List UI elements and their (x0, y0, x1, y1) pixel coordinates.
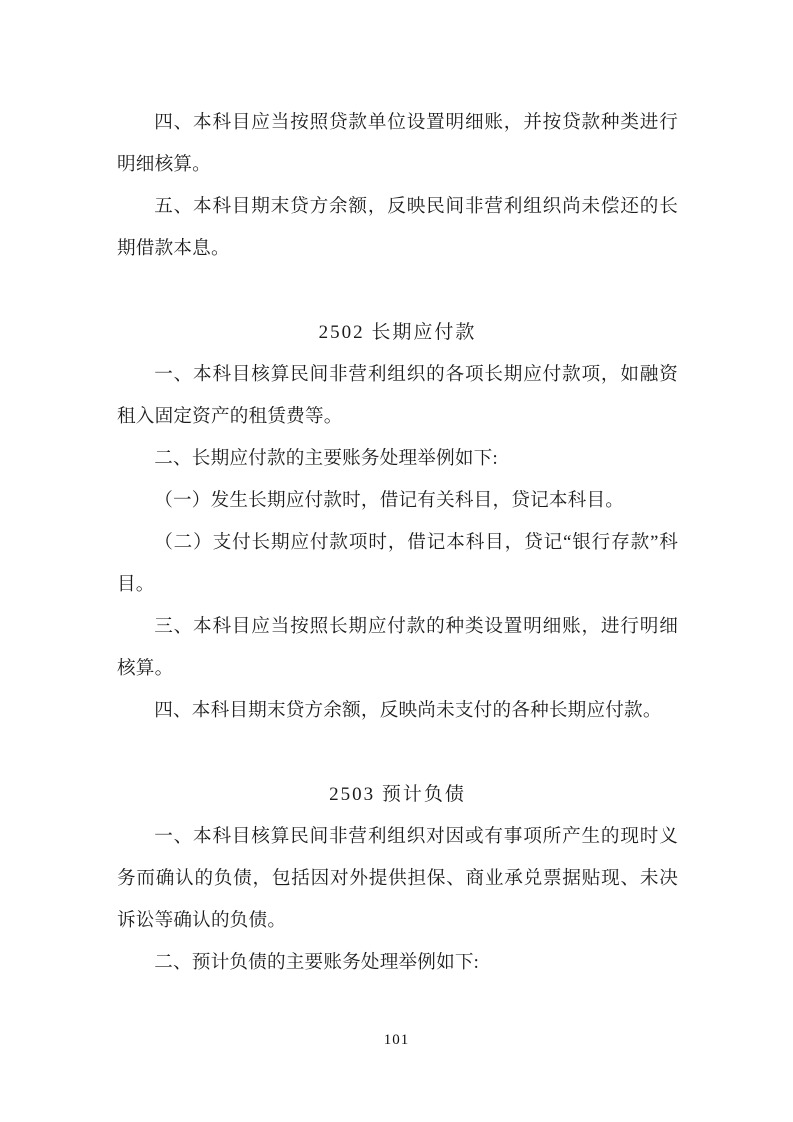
paragraph-2502-item1: 一、本科目核算民间非营利组织的各项长期应付款项，如融资租入固定资产的租赁费等。 (117, 354, 678, 438)
page-number: 101 (0, 1030, 793, 1050)
document-page: 四、本科目应当按照贷款单位设置明细账，并按贷款种类进行明细核算。 五、本科目期末… (0, 0, 793, 1122)
paragraph-2502-item2: 二、长期应付款的主要账务处理举例如下: (117, 438, 678, 480)
paragraph-carryover-item5: 五、本科目期末贷方余额，反映民间非营利组织尚未偿还的长期借款本息。 (117, 186, 678, 270)
section-heading-2502: 2502 长期应付款 (117, 312, 678, 354)
paragraph-carryover-item4: 四、本科目应当按照贷款单位设置明细账，并按贷款种类进行明细核算。 (117, 102, 678, 186)
paragraph-2502-item2-sub1: （一）发生长期应付款时，借记有关科目，贷记本科目。 (117, 480, 678, 522)
paragraph-2503-item2: 二、预计负债的主要账务处理举例如下: (117, 942, 678, 984)
section-heading-2503: 2503 预计负债 (117, 774, 678, 816)
paragraph-2502-item3: 三、本科目应当按照长期应付款的种类设置明细账，进行明细核算。 (117, 606, 678, 690)
paragraph-2502-item2-sub2: （二）支付长期应付款项时，借记本科目，贷记“银行存款”科目。 (117, 522, 678, 606)
paragraph-2502-item4: 四、本科目期末贷方余额，反映尚未支付的各种长期应付款。 (117, 690, 678, 732)
paragraph-2503-item1: 一、本科目核算民间非营利组织对因或有事项所产生的现时义务而确认的负债，包括因对外… (117, 816, 678, 942)
page-content: 四、本科目应当按照贷款单位设置明细账，并按贷款种类进行明细核算。 五、本科目期末… (117, 102, 678, 984)
